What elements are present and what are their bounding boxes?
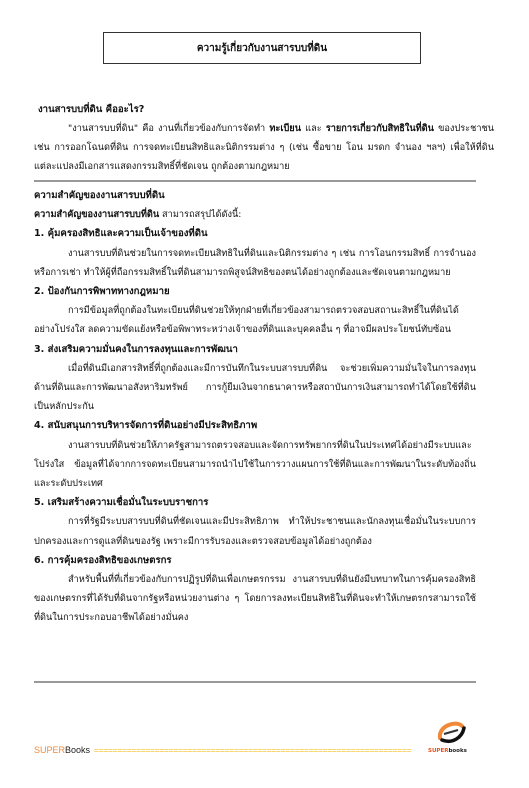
- superbooks-logo: SUPERbooks: [428, 716, 474, 754]
- footer-brand-super: SUPER: [34, 745, 65, 755]
- item-title-3: 3. ส่งเสริมความมั่นคงในการลงทุนและการพัฒ…: [34, 340, 476, 359]
- item-body-4: งานสารบบที่ดินช่วยให้ภาครัฐสามารถตรวจสอบ…: [34, 436, 476, 494]
- intro-bold-rights: รายการเกี่ยวกับสิทธิในที่ดิน: [326, 123, 434, 134]
- item-title-2: 2. ป้องกันการพิพาททางกฎหมาย: [34, 282, 476, 301]
- divider-top: [34, 180, 476, 182]
- divider-bottom: [34, 681, 476, 683]
- intro-text-0: "งานสารบบที่ดิน" คือ งานที่เกี่ยวข้องกับ…: [68, 123, 269, 134]
- importance-section: ความสำคัญของงานสารบบที่ดิน ความสำคัญของง…: [34, 186, 476, 628]
- item-body-6: สำหรับพื้นที่ที่เกี่ยวข้องกับการปฏิรูปที…: [34, 570, 476, 628]
- intro-text-2: และ: [301, 123, 326, 134]
- item-body-text-3: เมื่อที่ดินมีเอกสารสิทธิ์ที่ถูกต้องและมี…: [34, 363, 476, 412]
- item-body-text-6: สำหรับพื้นที่ที่เกี่ยวข้องกับการปฏิรูปที…: [34, 574, 476, 623]
- intro-paragraph: "งานสารบบที่ดิน" คือ งานที่เกี่ยวข้องกับ…: [34, 119, 494, 176]
- document-title-box: ความรู้เกี่ยวกับงานสารบบที่ดิน: [103, 32, 421, 64]
- importance-subheading-rest: สามารถสรุปได้ดังนี้:: [159, 209, 241, 220]
- logo-super: SUPER: [428, 748, 448, 754]
- item-body-2: การมีข้อมูลที่ถูกต้องในทะเบียนที่ดินช่วย…: [34, 301, 476, 339]
- item-title-1: 1. คุ้มครองสิทธิและความเป็นเจ้าของที่ดิน: [34, 224, 476, 243]
- footer-dash-rule: ========================================…: [94, 745, 476, 755]
- item-body-text-2: การมีข้อมูลที่ถูกต้องในทะเบียนที่ดินช่วย…: [34, 305, 459, 335]
- item-body-text-4: งานสารบบที่ดินช่วยให้ภาครัฐสามารถตรวจสอบ…: [34, 440, 476, 489]
- item-title-6: 6. การคุ้มครองสิทธิของเกษตรกร: [34, 551, 476, 570]
- importance-heading: ความสำคัญของงานสารบบที่ดิน: [34, 186, 476, 205]
- intro-heading: งานสารบบที่ดิน คืออะไร?: [38, 100, 494, 119]
- page-footer: SUPERBooks =============================…: [34, 743, 476, 757]
- book-swoosh-icon: [428, 716, 474, 748]
- logo-books: books: [448, 748, 466, 754]
- intro-bold-registry: ทะเบียน: [269, 123, 301, 134]
- intro-section: งานสารบบที่ดิน คืออะไร? "งานสารบบที่ดิน"…: [34, 100, 494, 176]
- item-body-1: งานสารบบที่ดินช่วยในการจดทะเบียนสิทธิในท…: [34, 244, 476, 282]
- importance-subheading-bold: ความสำคัญของงานสารบบที่ดิน: [34, 209, 159, 220]
- item-body-5: การที่รัฐมีระบบสารบบที่ดินที่ชัดเจนและมี…: [34, 512, 476, 550]
- document-title: ความรู้เกี่ยวกับงานสารบบที่ดิน: [197, 41, 327, 56]
- item-body-text-1: งานสารบบที่ดินช่วยในการจดทะเบียนสิทธิในท…: [34, 248, 476, 278]
- item-title-5: 5. เสริมสร้างความเชื่อมั่นในระบบราชการ: [34, 493, 476, 512]
- item-body-3: เมื่อที่ดินมีเอกสารสิทธิ์ที่ถูกต้องและมี…: [34, 359, 476, 417]
- importance-subheading: ความสำคัญของงานสารบบที่ดิน สามารถสรุปได้…: [34, 205, 476, 224]
- item-body-text-5: การที่รัฐมีระบบสารบบที่ดินที่ชัดเจนและมี…: [34, 516, 476, 546]
- logo-wordmark: SUPERbooks: [428, 748, 467, 754]
- item-title-4: 4. สนับสนุนการบริหารจัดการที่ดินอย่างมีป…: [34, 416, 476, 435]
- footer-brand-books: Books: [65, 745, 90, 755]
